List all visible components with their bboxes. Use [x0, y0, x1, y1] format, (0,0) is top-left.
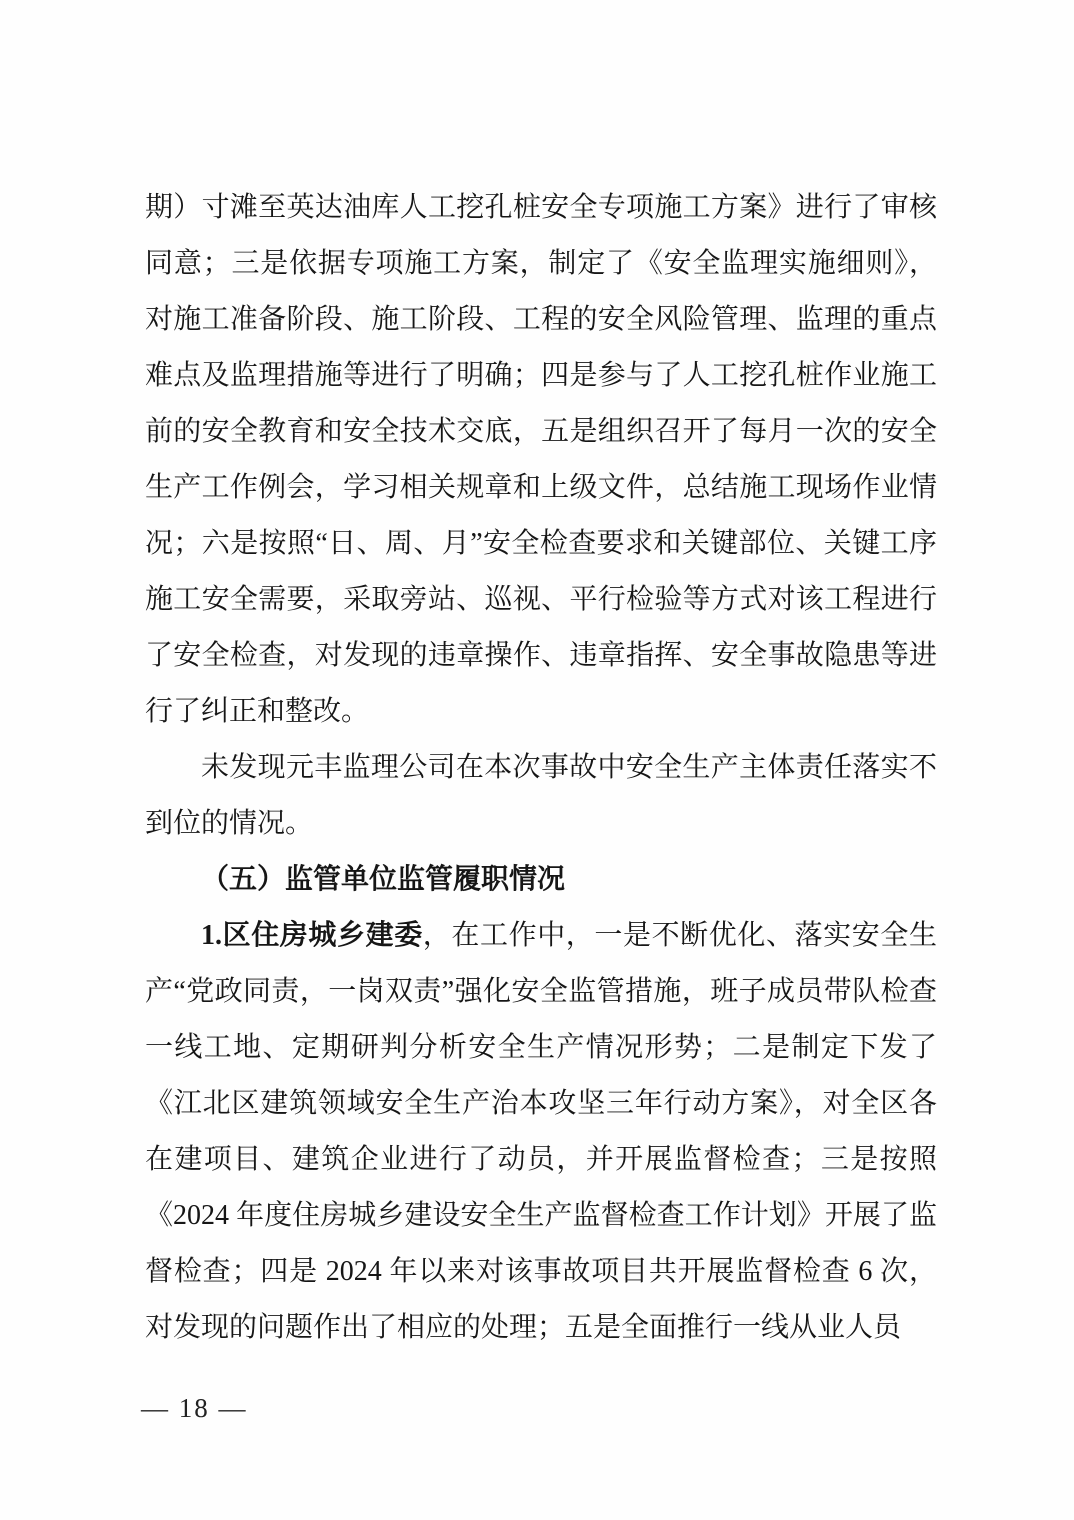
- document-page: 期）寸滩至英达油库人工挖孔桩安全专项施工方案》进行了审核同意；三是依据专项施工方…: [0, 0, 1074, 1520]
- paragraph-regulator-duty: 1.区住房城乡建委，在工作中，一是不断优化、落实安全生产“党政同责，一岗双责”强…: [145, 908, 937, 1356]
- page-body: 期）寸滩至英达油库人工挖孔桩安全专项施工方案》进行了审核同意；三是依据专项施工方…: [145, 180, 937, 1356]
- paragraph-conclusion: 未发现元丰监理公司在本次事故中安全生产主体责任落实不到位的情况。: [145, 740, 937, 852]
- paragraph-regulator-text: ，在工作中，一是不断优化、落实安全生产“党政同责，一岗双责”强化安全监管措施，班…: [145, 920, 937, 1343]
- paragraph-lead-bold: 1.区住房城乡建委: [201, 920, 423, 951]
- paragraph-supervision-continuation: 期）寸滩至英达油库人工挖孔桩安全专项施工方案》进行了审核同意；三是依据专项施工方…: [145, 180, 937, 740]
- section-heading: （五）监管单位监管履职情况: [145, 852, 937, 908]
- page-number: — 18 —: [141, 1390, 248, 1426]
